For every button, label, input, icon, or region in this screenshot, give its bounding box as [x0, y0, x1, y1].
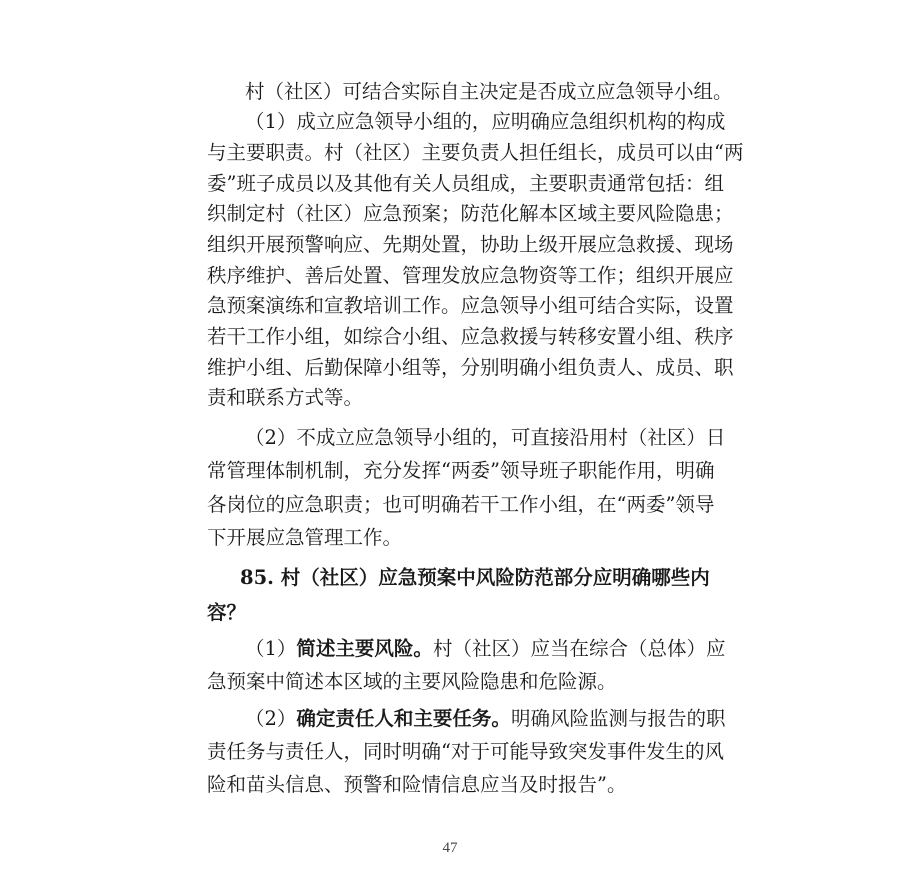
document-page: 村（社区）可结合实际自主决定是否成立应急领导小组。 （1）成立应急领导小组的，应… — [0, 0, 900, 878]
answer-1: （1）简述主要风险。村（社区）应当在综合（总体）应 — [245, 634, 687, 664]
paragraph-line: 常管理体制机制，充分发挥“两委”领导班子职能作用，明确 — [207, 456, 687, 486]
paragraph-line: 责任务与责任人，同时明确“对于可能导致突发事件发生的风 — [207, 737, 687, 767]
question-heading: 85. 村（社区）应急预案中风险防范部分应明确哪些内 — [240, 563, 687, 593]
answer-2: （2）确定责任人和主要任务。明确风险监测与报告的职 — [245, 704, 687, 734]
paragraph-line: （2）不成立应急领导小组的，可直接沿用村（社区）日 — [245, 423, 687, 453]
question-heading-continued: 容？ — [207, 598, 687, 628]
paragraph-line: 各岗位的应急职责；也可明确若干工作小组，在“两委”领导 — [207, 490, 687, 520]
answer-1-number: （1） — [245, 637, 296, 660]
paragraph-line: 险和苗头信息、预警和险情信息应当及时报告”。 — [207, 770, 687, 800]
paragraph-line: （1）成立应急领导小组的，应明确应急组织机构的构成 — [245, 107, 687, 137]
paragraph-line: 急预案中简述本区域的主要风险隐患和危险源。 — [207, 667, 687, 697]
answer-2-title: 确定责任人和主要任务。 — [296, 707, 511, 730]
paragraph-line: 组织开展预警响应、先期处置，协助上级开展应急救援、现场 — [207, 230, 687, 260]
answer-2-number: （2） — [245, 707, 296, 730]
paragraph-line: 若干工作小组，如综合小组、应急救援与转移安置小组、秩序 — [207, 322, 687, 352]
paragraph-line: 织制定村（社区）应急预案；防范化解本区域主要风险隐患； — [207, 199, 687, 229]
answer-2-text: 明确风险监测与报告的职 — [511, 707, 726, 730]
paragraph-line: 村（社区）可结合实际自主决定是否成立应急领导小组。 — [245, 77, 687, 107]
paragraph-line: 委”班子成员以及其他有关人员组成，主要职责通常包括：组 — [207, 169, 687, 199]
paragraph-line: 下开展应急管理工作。 — [207, 523, 687, 553]
answer-1-text: 村（社区）应当在综合（总体）应 — [433, 637, 726, 660]
paragraph-line: 与主要职责。村（社区）主要负责人担任组长，成员可以由“两 — [207, 138, 687, 168]
paragraph-line: 维护小组、后勤保障小组等，分别明确小组负责人、成员、职 — [207, 353, 687, 383]
answer-1-title: 简述主要风险。 — [296, 637, 433, 660]
paragraph-line: 急预案演练和宣教培训工作。应急领导小组可结合实际，设置 — [207, 291, 687, 321]
paragraph-line: 秩序维护、善后处置、管理发放应急物资等工作；组织开展应 — [207, 261, 687, 291]
paragraph-line: 责和联系方式等。 — [207, 383, 687, 413]
page-number: 47 — [0, 840, 900, 857]
